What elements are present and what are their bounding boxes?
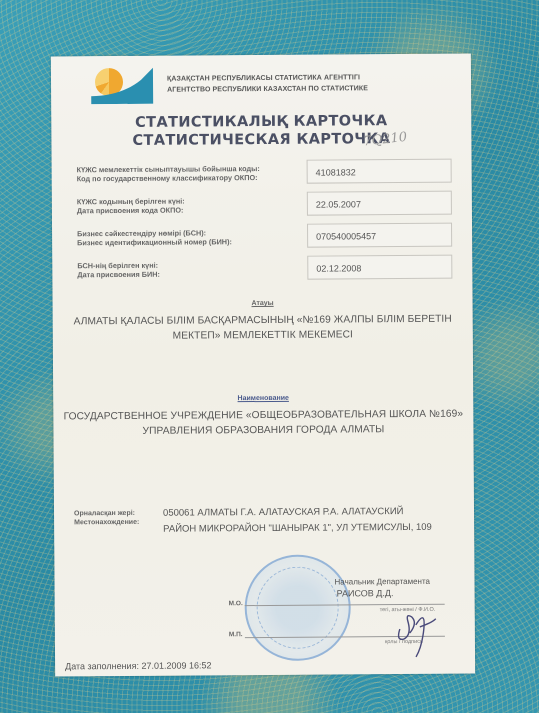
location-label: Орналасқан жері: Местонахождение: — [74, 509, 139, 527]
field-bin: Бизнес сәйкестендіру нөмірі (БСН): Бизне… — [77, 223, 457, 256]
name-ru-text: ГОСУДАРСТВЕННОЕ УЧРЕЖДЕНИЕ «ОБЩЕОБРАЗОВА… — [58, 407, 468, 440]
agency-logo-icon — [91, 66, 161, 104]
field-okpo-code: КҮЖС мемлекеттік сыныптауышы бойынша код… — [77, 159, 457, 192]
name-ru-label: Наименование — [53, 394, 473, 404]
agency-header: ҚАЗАҚСТАН РЕСПУБЛИКАСЫ СТАТИСТИКА АГЕНТТ… — [91, 64, 368, 104]
field-label-ru: Бизнес идентификационный номер (БИН): — [77, 237, 297, 248]
okpo-code-value: 41081832 — [307, 159, 452, 184]
location-label-ru: Местонахождение: — [74, 518, 139, 527]
bin-date-value: 02.12.2008 — [307, 255, 452, 280]
mo-label: М.О. — [229, 600, 243, 607]
field-bin-date: БСН-нің берілген күні: Дата присвоения Б… — [77, 255, 457, 288]
field-label-ru: Дата присвоения БИН: — [77, 269, 297, 280]
field-label-ru: Код по государственному классификатору О… — [77, 173, 297, 184]
signer-position: Начальник Департамента — [334, 577, 430, 587]
name-kz-text: АЛМАТЫ ҚАЛАСЫ БІЛІМ БАСҚАРМАСЫНЫҢ «№169 … — [58, 312, 468, 345]
okpo-date-value: 22.05.2007 — [307, 191, 452, 216]
agency-name-ru: АГЕНТСТВО РЕСПУБЛИКИ КАЗАХСТАН ПО СТАТИС… — [167, 83, 368, 95]
name-kz-label: Атауы — [53, 299, 473, 309]
title-ru: СТАТИСТИЧЕСКАЯ КАРТОЧКА — [51, 130, 471, 151]
document-title: СТАТИСТИКАЛЫҚ КАРТОЧКА СТАТИСТИЧЕСКАЯ КА… — [51, 112, 471, 151]
official-seal-icon — [244, 554, 351, 661]
location-label-kz: Орналасқан жері: — [74, 509, 139, 518]
signer-name: РАИСОВ Д.Д. — [337, 588, 394, 598]
field-okpo-date: КҮЖС кодының берілген күні: Дата присвое… — [77, 191, 457, 224]
location-value: 050061 АЛМАТЫ Г.А. АЛАТАУСКАЯ Р.А. АЛАТА… — [163, 504, 433, 538]
statistical-card: ҚАЗАҚСТАН РЕСПУБЛИКАСЫ СТАТИСТИКА АГЕНТТ… — [51, 54, 475, 677]
fill-date: Дата заполнения: 27.01.2009 16:52 — [65, 660, 211, 671]
handwritten-signature-icon — [390, 599, 450, 659]
bin-value: 070540005457 — [307, 223, 452, 248]
mp-label: М.П. — [229, 631, 243, 638]
field-label-ru: Дата присвоения кода ОКПО: — [77, 205, 297, 216]
